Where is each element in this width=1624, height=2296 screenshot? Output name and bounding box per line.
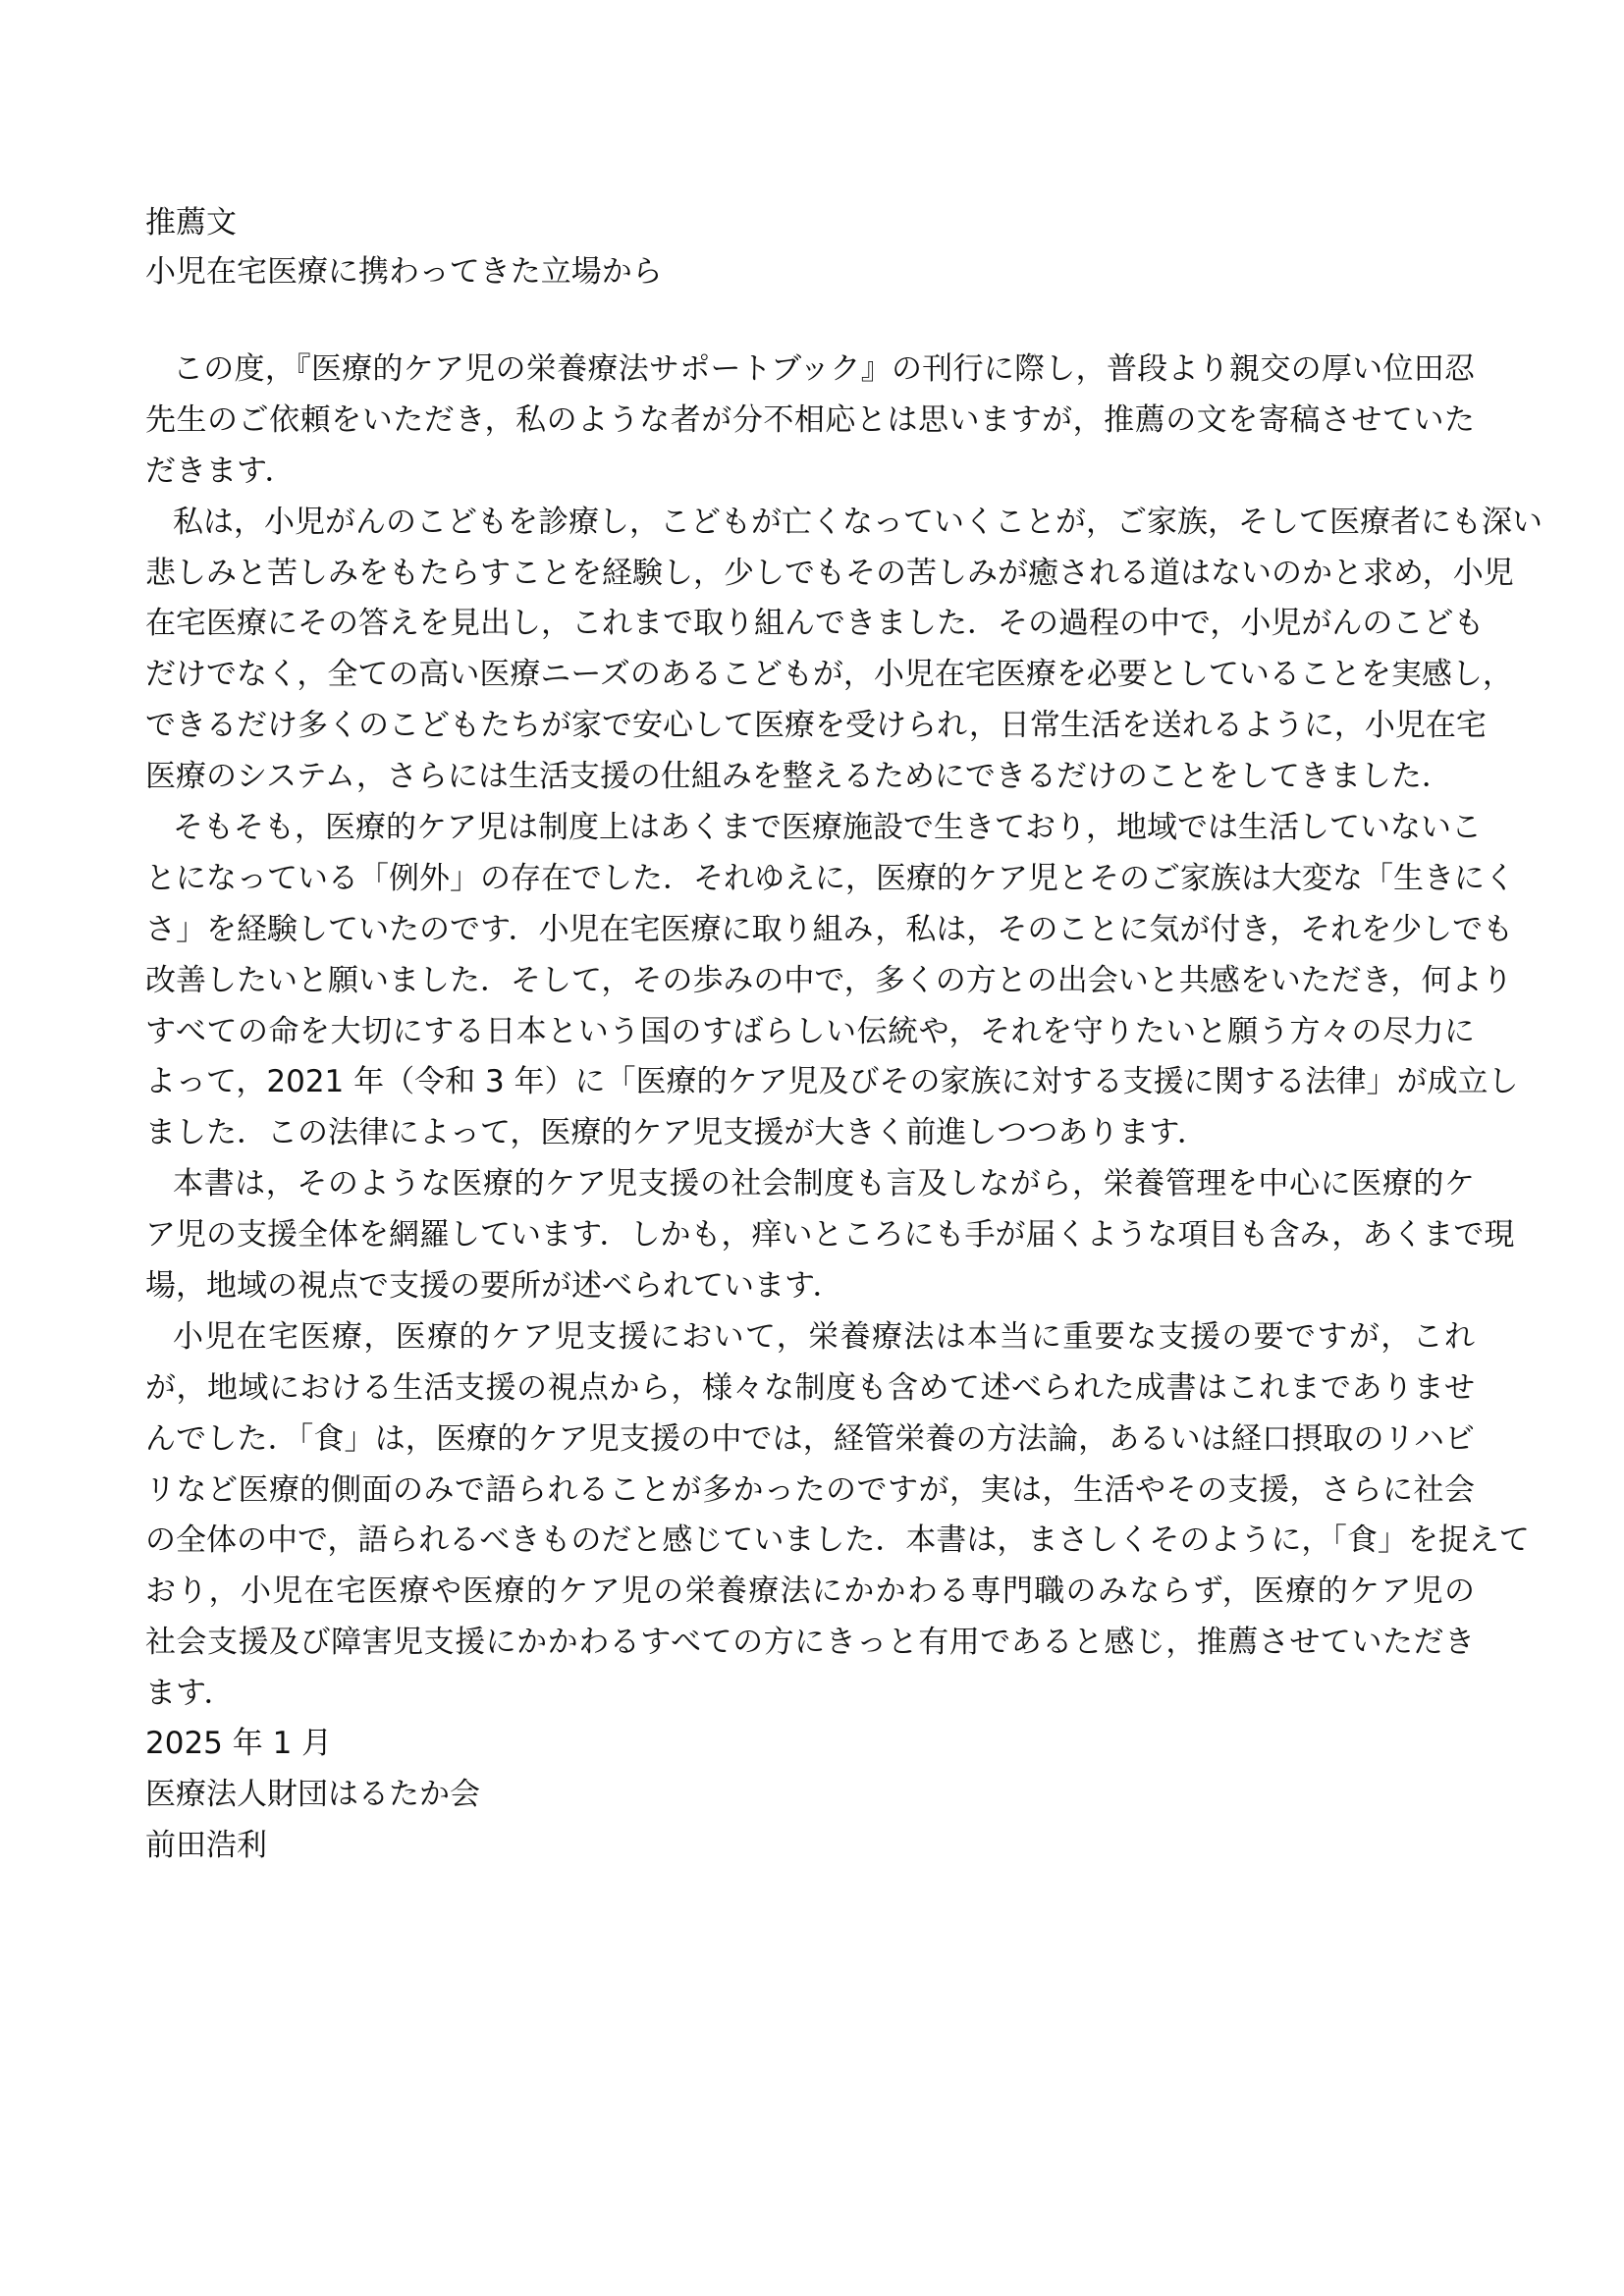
paragraph-line: の全体の中で，語られるべきものだと感じていました．本書は，まさしくそのように，「… [145,1516,1475,1567]
paragraph-line: この度，『医療的ケア児の栄養療法サポートブック』の刊行に際し，普段より親交の厚い… [145,345,1475,396]
paragraph-line: だきます． [145,447,1475,498]
paragraph: 私は，小児がんのこどもを診療し，こどもが亡くなっていくことが，ご家族，そして医療… [145,498,1475,803]
paragraph-line: さ」を経験していたのです．小児在宅医療に取り組み，私は，そのことに気が付き，それ… [145,905,1475,956]
signature-date: 2025 年 1 月 [145,1719,1475,1770]
paragraph-line: とになっている「例外」の存在でした．それゆえに，医療的ケア児とそのご家族は大変な… [145,854,1475,905]
paragraph: 小児在宅医療，医療的ケア児支援において，栄養療法は本当に重要な支援の要ですが，こ… [145,1312,1475,1720]
paragraph-line: できるだけ多くのこどもたちが家で安心して医療を受けられ，日常生活を送れるように，… [145,701,1475,752]
paragraph-line: 場，地域の視点で支援の要所が述べられています． [145,1261,1475,1312]
paragraph-line: が，地域における生活支援の視点から，様々な制度も含めて述べられた成書はこれまであ… [145,1363,1475,1415]
signature-block: 2025 年 1 月 医療法人財団はるたか会 前田浩利 [145,1719,1475,1872]
document-header: 推薦文 小児在宅医療に携わってきた立場から [145,198,1475,296]
document-subtitle: 小児在宅医療に携わってきた立場から [145,247,1475,296]
paragraph-line: 社会支援及び障害児支援にかかわるすべての方にきっと有用であると感じ，推薦させてい… [145,1618,1475,1669]
paragraph-line: 医療のシステム，さらには生活支援の仕組みを整えるためにできるだけのことをしてきま… [145,752,1475,803]
paragraph-line: すべての命を大切にする日本という国のすばらしい伝統や，それを守りたいと願う方々の… [145,1007,1475,1058]
document-page: 推薦文 小児在宅医療に携わってきた立場から この度，『医療的ケア児の栄養療法サポ… [0,0,1624,2296]
paragraph-line: ます． [145,1669,1475,1720]
paragraph-line: よって，2021 年（令和 3 年）に「医療的ケア児及びその家族に対する支援に関… [145,1057,1475,1108]
paragraph-line: 小児在宅医療，医療的ケア児支援において，栄養療法は本当に重要な支援の要ですが，こ… [145,1312,1475,1363]
paragraph-line: 先生のご依頼をいただき，私のような者が分不相応とは思いますが，推薦の文を寄稿させ… [145,396,1475,447]
paragraph-line: ました．この法律によって，医療的ケア児支援が大きく前進しつつあります． [145,1108,1475,1159]
paragraph-line: 本書は，そのような医療的ケア児支援の社会制度も言及しながら，栄養管理を中心に医療… [145,1159,1475,1210]
paragraph: この度，『医療的ケア児の栄養療法サポートブック』の刊行に際し，普段より親交の厚い… [145,345,1475,498]
paragraph-line: 在宅医療にその答えを見出し，これまで取り組んできました．その過程の中で，小児がん… [145,599,1475,650]
paragraph-line: だけでなく，全ての高い医療ニーズのあるこどもが，小児在宅医療を必要としていること… [145,650,1475,701]
signature-author: 前田浩利 [145,1821,1475,1872]
paragraph-line: んでした．「食」は，医療的ケア児支援の中では，経管栄養の方法論，あるいは経口摂取… [145,1415,1475,1466]
paragraph-line: ア児の支援全体を網羅しています．しかも，痒いところにも手が届くような項目も含み，… [145,1210,1475,1261]
paragraph-line: 悲しみと苦しみをもたらすことを経験し，少しでもその苦しみが癒される道はないのかと… [145,549,1475,600]
paragraph-line: おり，小児在宅医療や医療的ケア児の栄養療法にかかわる専門職のみならず，医療的ケア… [145,1567,1475,1618]
paragraph-line: 改善したいと願いました．そして，その歩みの中で，多くの方との出会いと共感をいただ… [145,956,1475,1007]
paragraph-line: 私は，小児がんのこどもを診療し，こどもが亡くなっていくことが，ご家族，そして医療… [145,498,1475,549]
paragraph-line: そもそも，医療的ケア児は制度上はあくまで医療施設で生きており，地域では生活してい… [145,803,1475,854]
document-body: この度，『医療的ケア児の栄養療法サポートブック』の刊行に際し，普段より親交の厚い… [145,345,1475,1720]
document-title: 推薦文 [145,198,1475,247]
signature-organization: 医療法人財団はるたか会 [145,1770,1475,1821]
paragraph: そもそも，医療的ケア児は制度上はあくまで医療施設で生きており，地域では生活してい… [145,803,1475,1159]
paragraph: 本書は，そのような医療的ケア児支援の社会制度も言及しながら，栄養管理を中心に医療… [145,1159,1475,1312]
paragraph-line: リなど医療的側面のみで語られることが多かったのですが，実は，生活やその支援，さら… [145,1466,1475,1517]
